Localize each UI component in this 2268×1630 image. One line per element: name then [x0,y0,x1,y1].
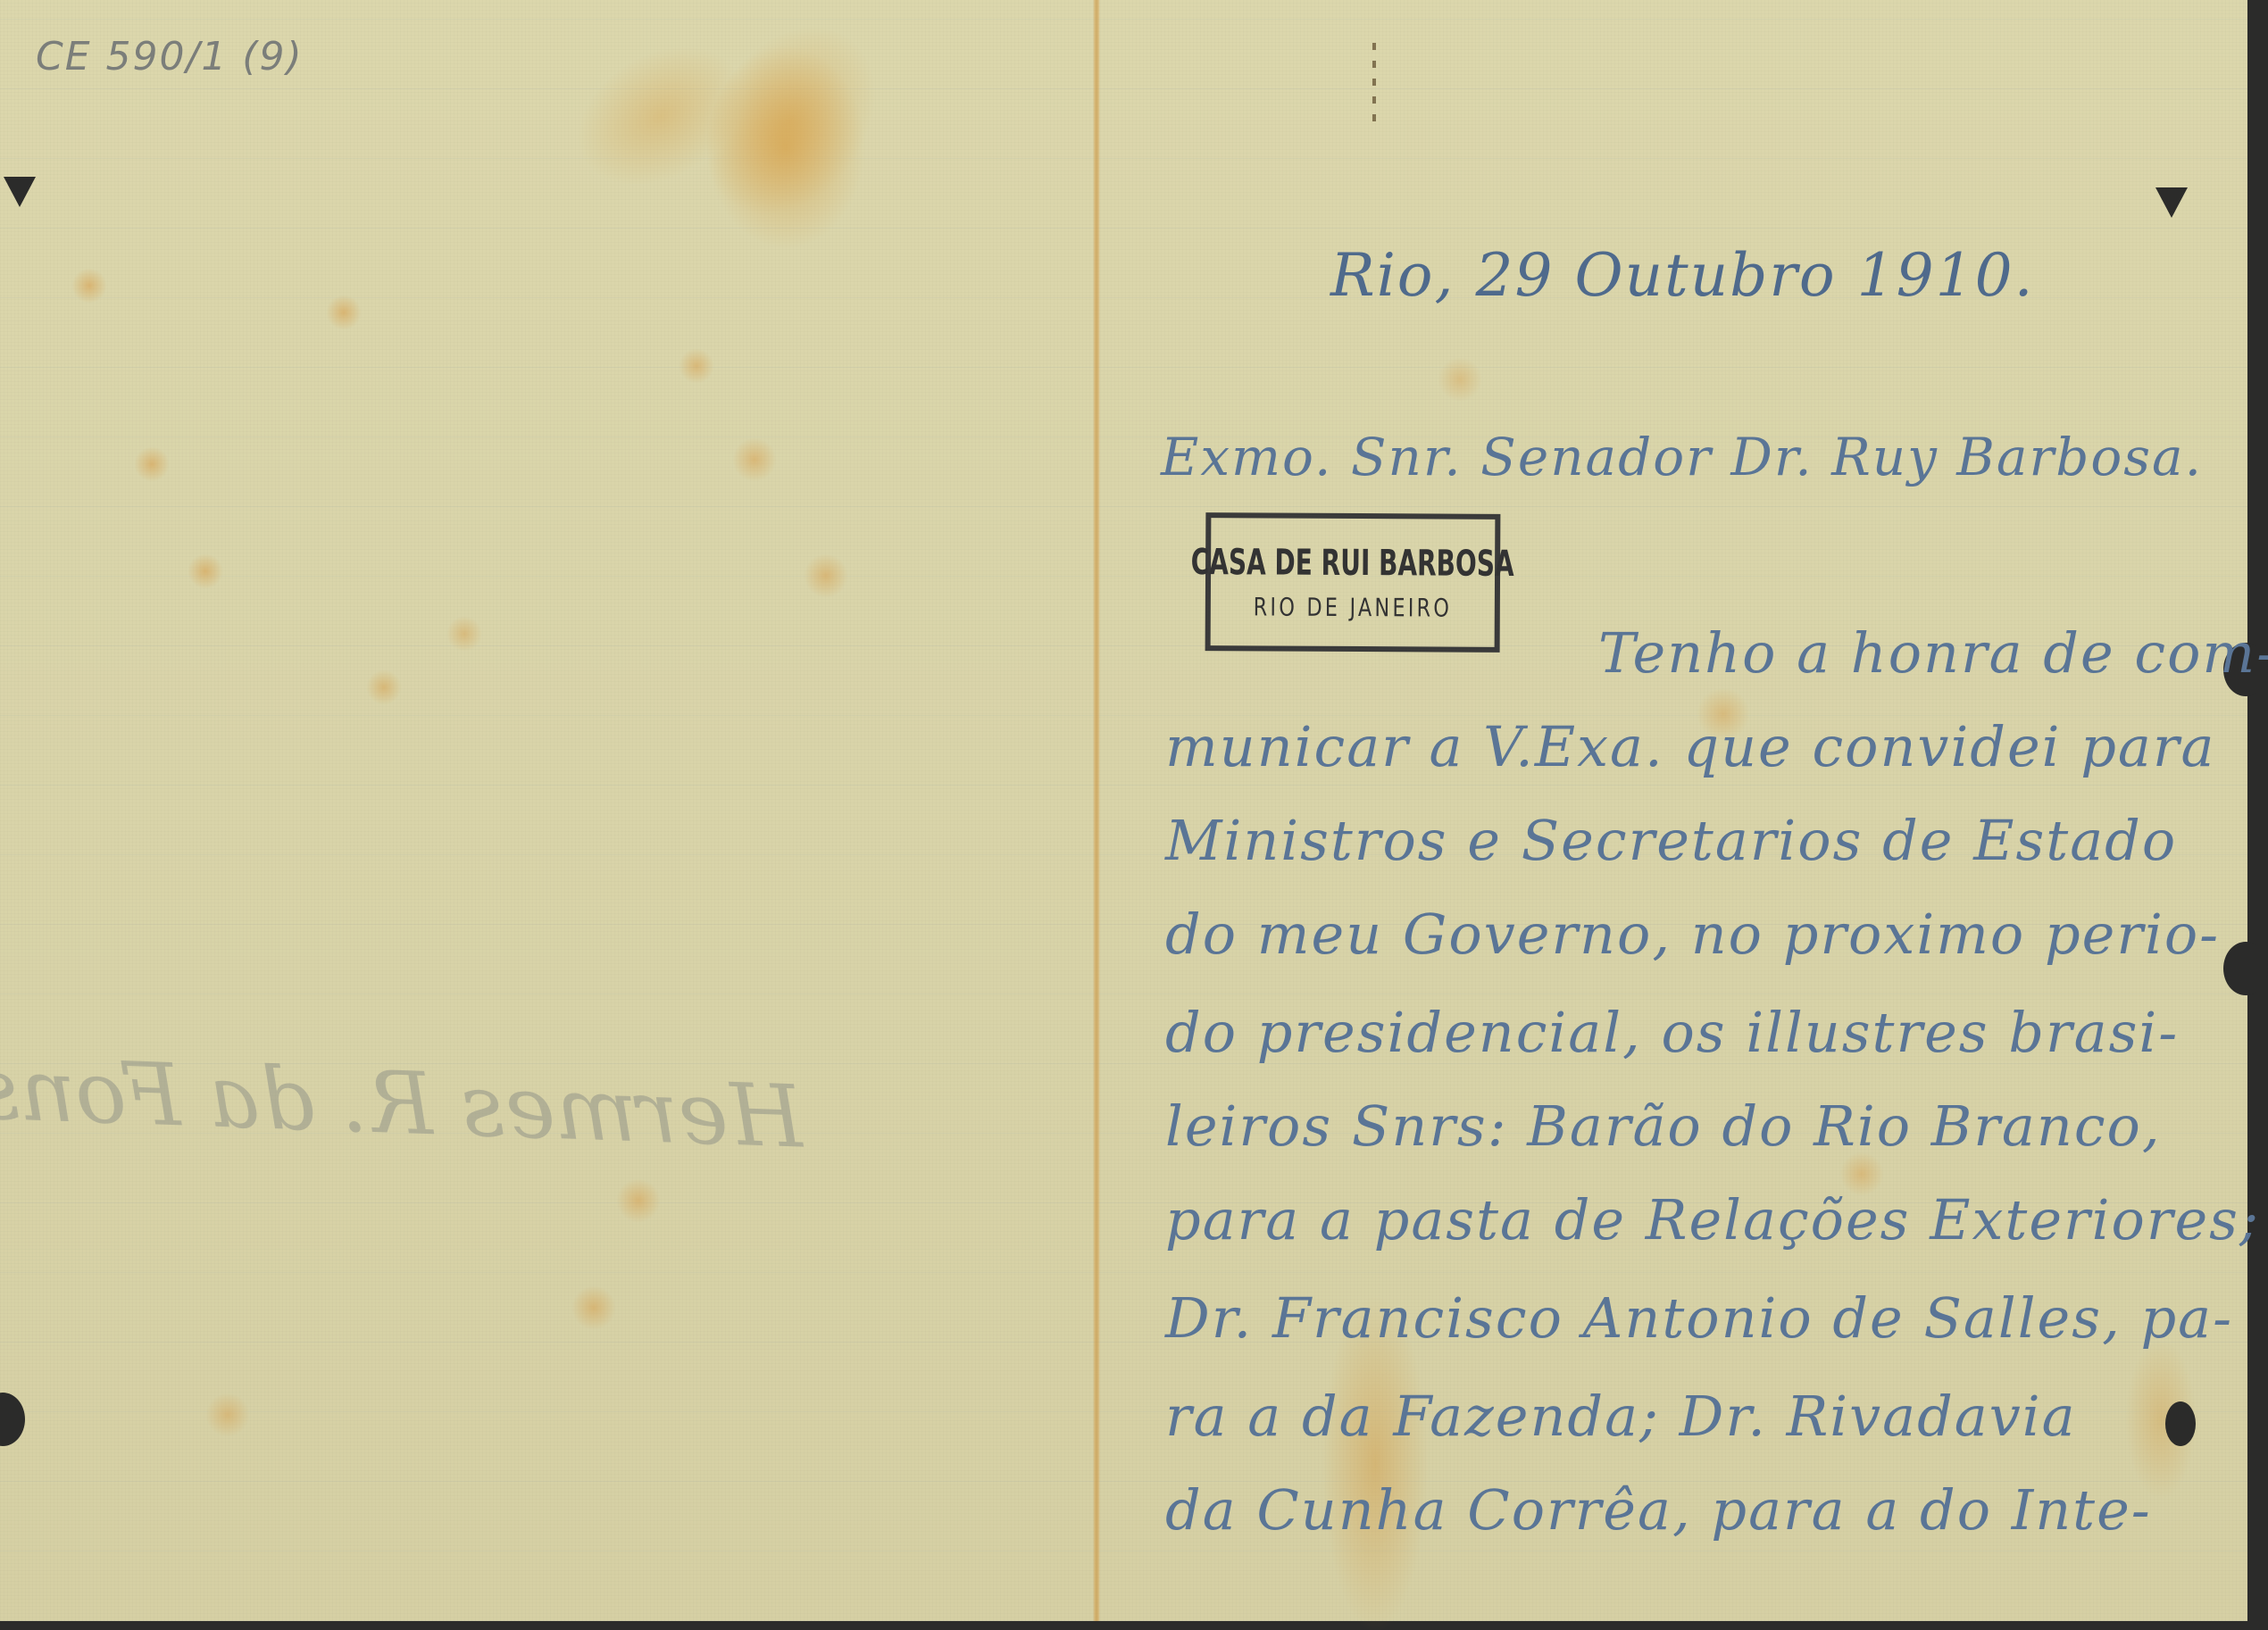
foxing-stain [616,1178,661,1223]
scanned-document: CE 590/1 (9) Hermes R. da Fonseca CASA D… [0,0,2268,1630]
stamp-institution: CASA DE RUI BARBOSA [1191,542,1514,585]
letter-line: Tenho a honra de com- [1598,620,2268,686]
letter-line: do meu Governo, no proximo perio- [1165,902,2220,967]
foxing-stain [446,616,482,652]
foxing-stain [732,437,777,482]
letter-line: municar a V.Exa. que convidei para [1165,714,2215,779]
foxing-stain [705,45,866,250]
foxing-stain [205,1393,250,1437]
bleed-through-signature: Hermes R. da Fonseca [0,1039,805,1167]
letter-line: leiros Snrs: Barão do Rio Branco, [1165,1094,2162,1159]
archive-stamp: CASA DE RUI BARBOSA RIO DE JANEIRO [1205,512,1501,653]
foxing-stain [552,17,769,214]
foxing-stain [669,0,911,248]
foxing-stain [366,669,402,705]
foxing-stain [1438,357,1482,402]
binding-hole-icon [2165,1401,2196,1446]
letter-line: do presidencial, os illustres brasi- [1165,1000,2179,1065]
foxing-stain [326,295,362,330]
foxing-stain [188,553,223,589]
foxing-stain [679,348,714,384]
letter-line: ra a da Fazenda; Dr. Rivadavia [1165,1384,2077,1449]
fold-tick-marks [1372,43,1376,123]
left-triangle-marker-icon [4,177,36,207]
stamp-city: RIO DE JANEIRO [1254,592,1453,622]
foxing-stain [71,268,107,304]
center-fold [1093,0,1100,1621]
letter-line: Dr. Francisco Antonio de Salles, pa- [1165,1285,2233,1351]
letter-salutation: Exmo. Snr. Senador Dr. Ruy Barbosa. [1161,427,2203,487]
foxing-stain [571,1285,616,1330]
foxing-stain [134,446,170,482]
letter-line: para a pasta de Relações Exteriores; [1165,1187,2260,1252]
letter-date: Rio, 29 Outubro 1910. [1330,241,2035,310]
letter-line: da Cunha Corrêa, para a do Inte- [1165,1477,2152,1543]
letter-sheet: CE 590/1 (9) Hermes R. da Fonseca CASA D… [0,0,2247,1621]
archive-reference: CE 590/1 (9) [36,34,304,79]
letter-line: Ministros e Secretarios de Estado [1165,808,2177,873]
binding-hole-icon [2223,942,2268,995]
right-triangle-marker-icon [2155,187,2188,218]
foxing-stain [804,553,848,598]
binding-hole-icon [0,1393,25,1446]
